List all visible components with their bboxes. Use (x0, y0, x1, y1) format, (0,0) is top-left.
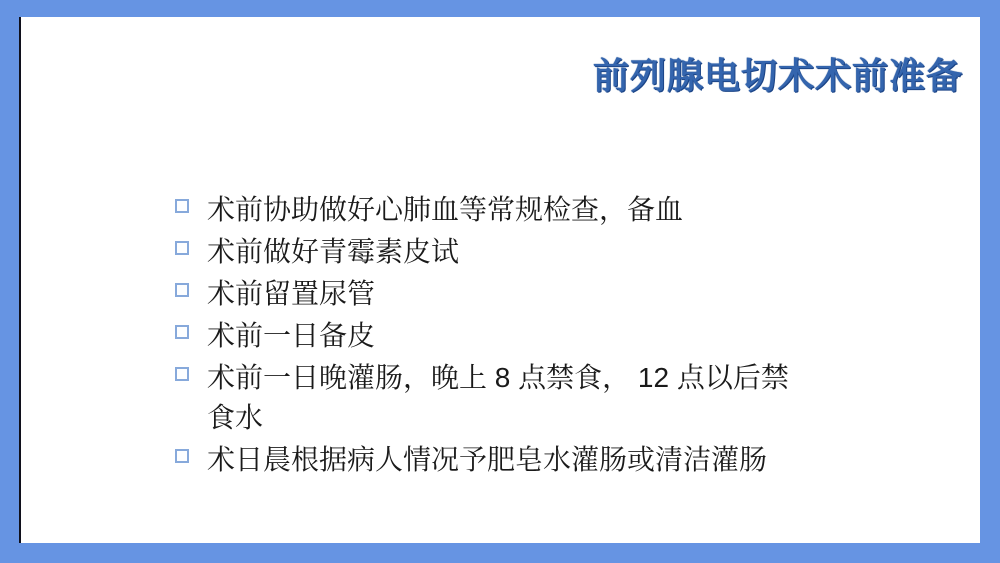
square-bullet-icon (175, 449, 189, 463)
bullet-text: 术前一日备皮 (207, 316, 375, 356)
square-bullet-icon (175, 199, 189, 213)
list-item: 术前留置尿管 (175, 274, 980, 314)
slide-content: 前列腺电切术术前准备 术前协助做好心肺血等常规检查，备血 术前做好青霉素皮试 术… (19, 17, 980, 543)
bullet-list: 术前协助做好心肺血等常规检查，备血 术前做好青霉素皮试 术前留置尿管 术前一日备… (175, 190, 980, 480)
bullet-text: 术前留置尿管 (207, 274, 375, 314)
square-bullet-icon (175, 367, 189, 381)
bullet-text: 术前协助做好心肺血等常规检查，备血 (207, 190, 683, 230)
square-bullet-icon (175, 325, 189, 339)
list-item: 术前一日晚灌肠，晚上 8 点禁食， 12 点以后禁 食水 (175, 358, 980, 438)
square-bullet-icon (175, 283, 189, 297)
bullet-text: 术前做好青霉素皮试 (207, 232, 459, 272)
list-item: 术前一日备皮 (175, 316, 980, 356)
bullet-text: 术日晨根据病人情况予肥皂水灌肠或清洁灌肠 (207, 440, 767, 480)
bullet-text: 术前一日晚灌肠，晚上 8 点禁食， 12 点以后禁 食水 (207, 358, 789, 438)
list-item: 术日晨根据病人情况予肥皂水灌肠或清洁灌肠 (175, 440, 980, 480)
list-item: 术前做好青霉素皮试 (175, 232, 980, 272)
slide-title: 前列腺电切术术前准备 (21, 53, 963, 98)
square-bullet-icon (175, 241, 189, 255)
list-item: 术前协助做好心肺血等常规检查，备血 (175, 190, 980, 230)
slide-frame: 前列腺电切术术前准备 术前协助做好心肺血等常规检查，备血 术前做好青霉素皮试 术… (0, 0, 1000, 563)
